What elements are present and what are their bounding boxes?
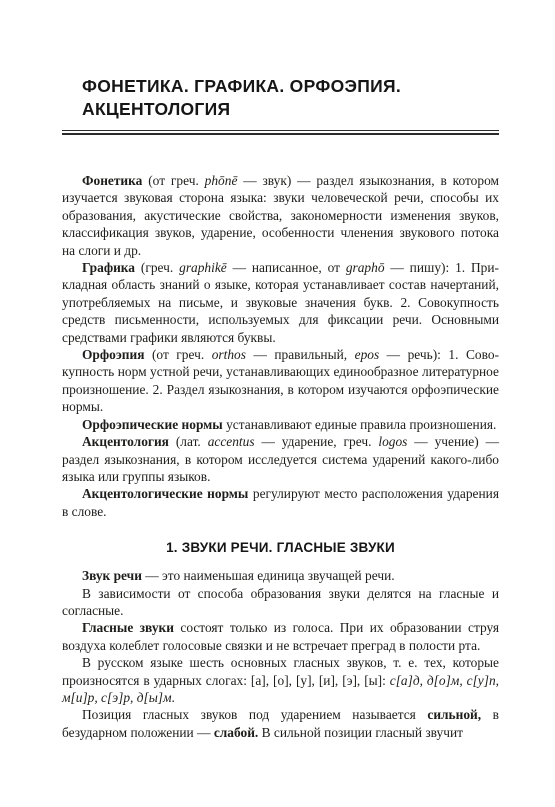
paragraph-akcentologicheskie-normy: Акцентологические нормы регулируют место… bbox=[62, 485, 499, 520]
chapter-title: ФОНЕТИКА. ГРАФИКА. ОРФОЭПИЯ. АКЦЕНТОЛОГИ… bbox=[82, 75, 499, 121]
sounds-section: 1. ЗВУКИ РЕЧИ. ГЛАСНЫЕ ЗВУКИ Звук речи —… bbox=[62, 539, 499, 741]
paragraph-zvuk-rechi: Звук речи — это наименьшая единица звуча… bbox=[62, 567, 499, 584]
paragraph-zvuki-delyatsya: В зависимости от способа образования зву… bbox=[62, 585, 499, 620]
paragraph-fonetika: Фонетика (от греч. phōnē — звук) — разде… bbox=[62, 172, 499, 259]
paragraph-akcentologiya: Акцентология (лат. accentus — ударение, … bbox=[62, 433, 499, 485]
page-body: Фонетика (от греч. phōnē — звук) — разде… bbox=[62, 172, 499, 741]
chapter-title-line-1: ФОНЕТИКА. ГРАФИКА. ОРФОЭПИЯ. bbox=[82, 75, 499, 98]
book-page: ФОНЕТИКА. ГРАФИКА. ОРФОЭПИЯ. АКЦЕНТОЛОГИ… bbox=[0, 0, 555, 807]
section-heading: 1. ЗВУКИ РЕЧИ. ГЛАСНЫЕ ЗВУКИ bbox=[62, 539, 499, 556]
title-divider-rule bbox=[62, 130, 499, 135]
paragraph-poziciya-glasnyh: Позиция гласных звуков под ударением наз… bbox=[62, 706, 499, 741]
paragraph-orfoepicheskie-normy: Орфоэпические нормы устанавливают единые… bbox=[62, 416, 499, 433]
chapter-header: ФОНЕТИКА. ГРАФИКА. ОРФОЭПИЯ. АКЦЕНТОЛОГИ… bbox=[62, 75, 499, 135]
paragraph-grafika: Графика (греч. graphikē — написанное, от… bbox=[62, 259, 499, 346]
paragraph-orfoepiya: Орфоэпия (от греч. orthos — правильный, … bbox=[62, 346, 499, 416]
chapter-title-line-2: АКЦЕНТОЛОГИЯ bbox=[82, 98, 499, 121]
paragraph-shest-glasnyh: В русском языке шесть основных гласных з… bbox=[62, 654, 499, 706]
paragraph-glasnye-zvuki: Гласные звуки состоят только из голоса. … bbox=[62, 619, 499, 654]
intro-section: Фонетика (от греч. phōnē — звук) — разде… bbox=[62, 172, 499, 520]
